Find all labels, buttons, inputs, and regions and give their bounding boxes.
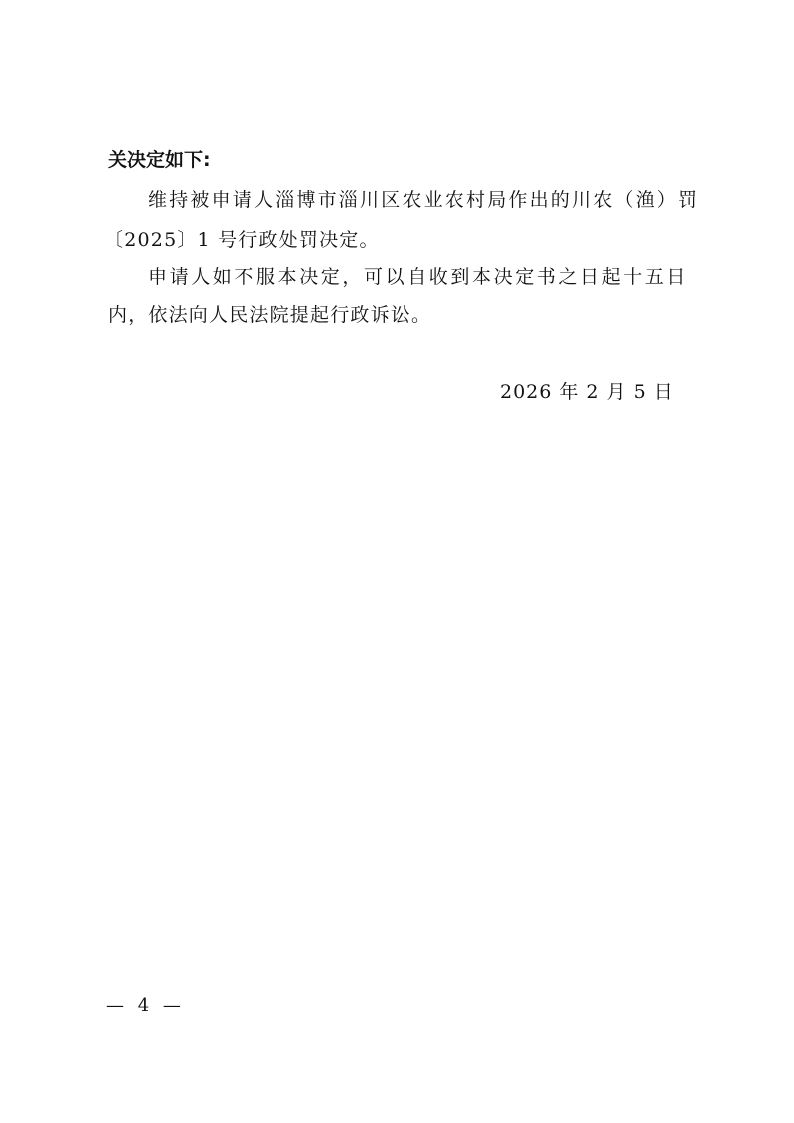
decision-heading: 关决定如下:: [108, 148, 211, 172]
paragraph-2-line-2: 内，依法向人民法院提起行政诉讼。: [108, 303, 431, 327]
page-number: — 4 —: [106, 995, 185, 1017]
paragraph-1-line-1: 维持被申请人淄博市淄川区农业农村局作出的川农（渔）罚: [148, 188, 699, 212]
document-date: 2026 年 2 月 5 日: [500, 380, 674, 404]
paragraph-1-line-2: 〔2025〕1 号行政处罚决定。: [104, 228, 380, 252]
paragraph-2-line-1: 申请人如不服本决定，可以自收到本决定书之日起十五日: [148, 265, 688, 289]
